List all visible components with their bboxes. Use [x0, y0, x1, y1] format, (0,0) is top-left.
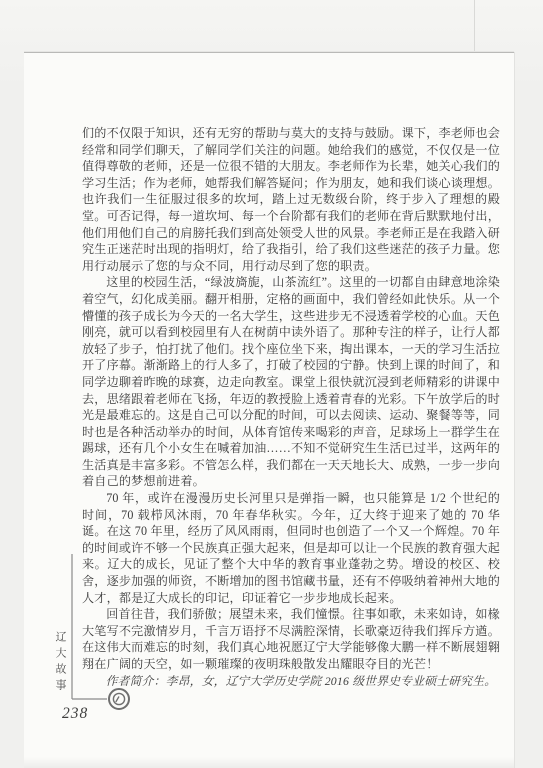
page-number: 238 [62, 705, 88, 723]
article-text: 们的不仅限于知识，还有无穷的帮助与莫大的支持与鼓励。课下，李老师也会经常和同学们… [82, 125, 500, 689]
clock-icon [109, 689, 129, 709]
author-note: 作者简介：李昂，女，辽宁大学历史学院 2016 级世界史专业硕士研究生。 [82, 673, 500, 690]
paragraph: 这里的校园生活，“绿波旖旎，山茶流红”。这里的一切都自由肆意地涂染着空气，幻化成… [82, 274, 500, 490]
sidebar-series-label: 辽大故事 [52, 631, 68, 695]
paragraph: 回首往昔，我们骄傲；展望未来，我们憧憬。往事如歌，未来如诗，如椽大笔写不完激情岁… [82, 606, 500, 672]
book-page: 们的不仅限于知识，还有无穷的帮助与莫大的支持与鼓励。课下，李老师也会经常和同学们… [24, 52, 514, 768]
paragraph: 70 年，或许在漫漫历史长河里只是弹指一瞬，也只能算是 1/2 个世纪的时间，7… [82, 490, 500, 606]
page-bottom-shadow [24, 757, 514, 768]
book-page-scan: 们的不仅限于知识，还有无穷的帮助与莫大的支持与鼓励。课下，李老师也会经常和同学们… [0, 0, 543, 768]
back-page-edge [474, 0, 475, 52]
paragraph-continuation: 们的不仅限于知识，还有无穷的帮助与莫大的支持与鼓励。课下，李老师也会经常和同学们… [82, 125, 500, 274]
chapter-margin-ornament [60, 546, 140, 716]
